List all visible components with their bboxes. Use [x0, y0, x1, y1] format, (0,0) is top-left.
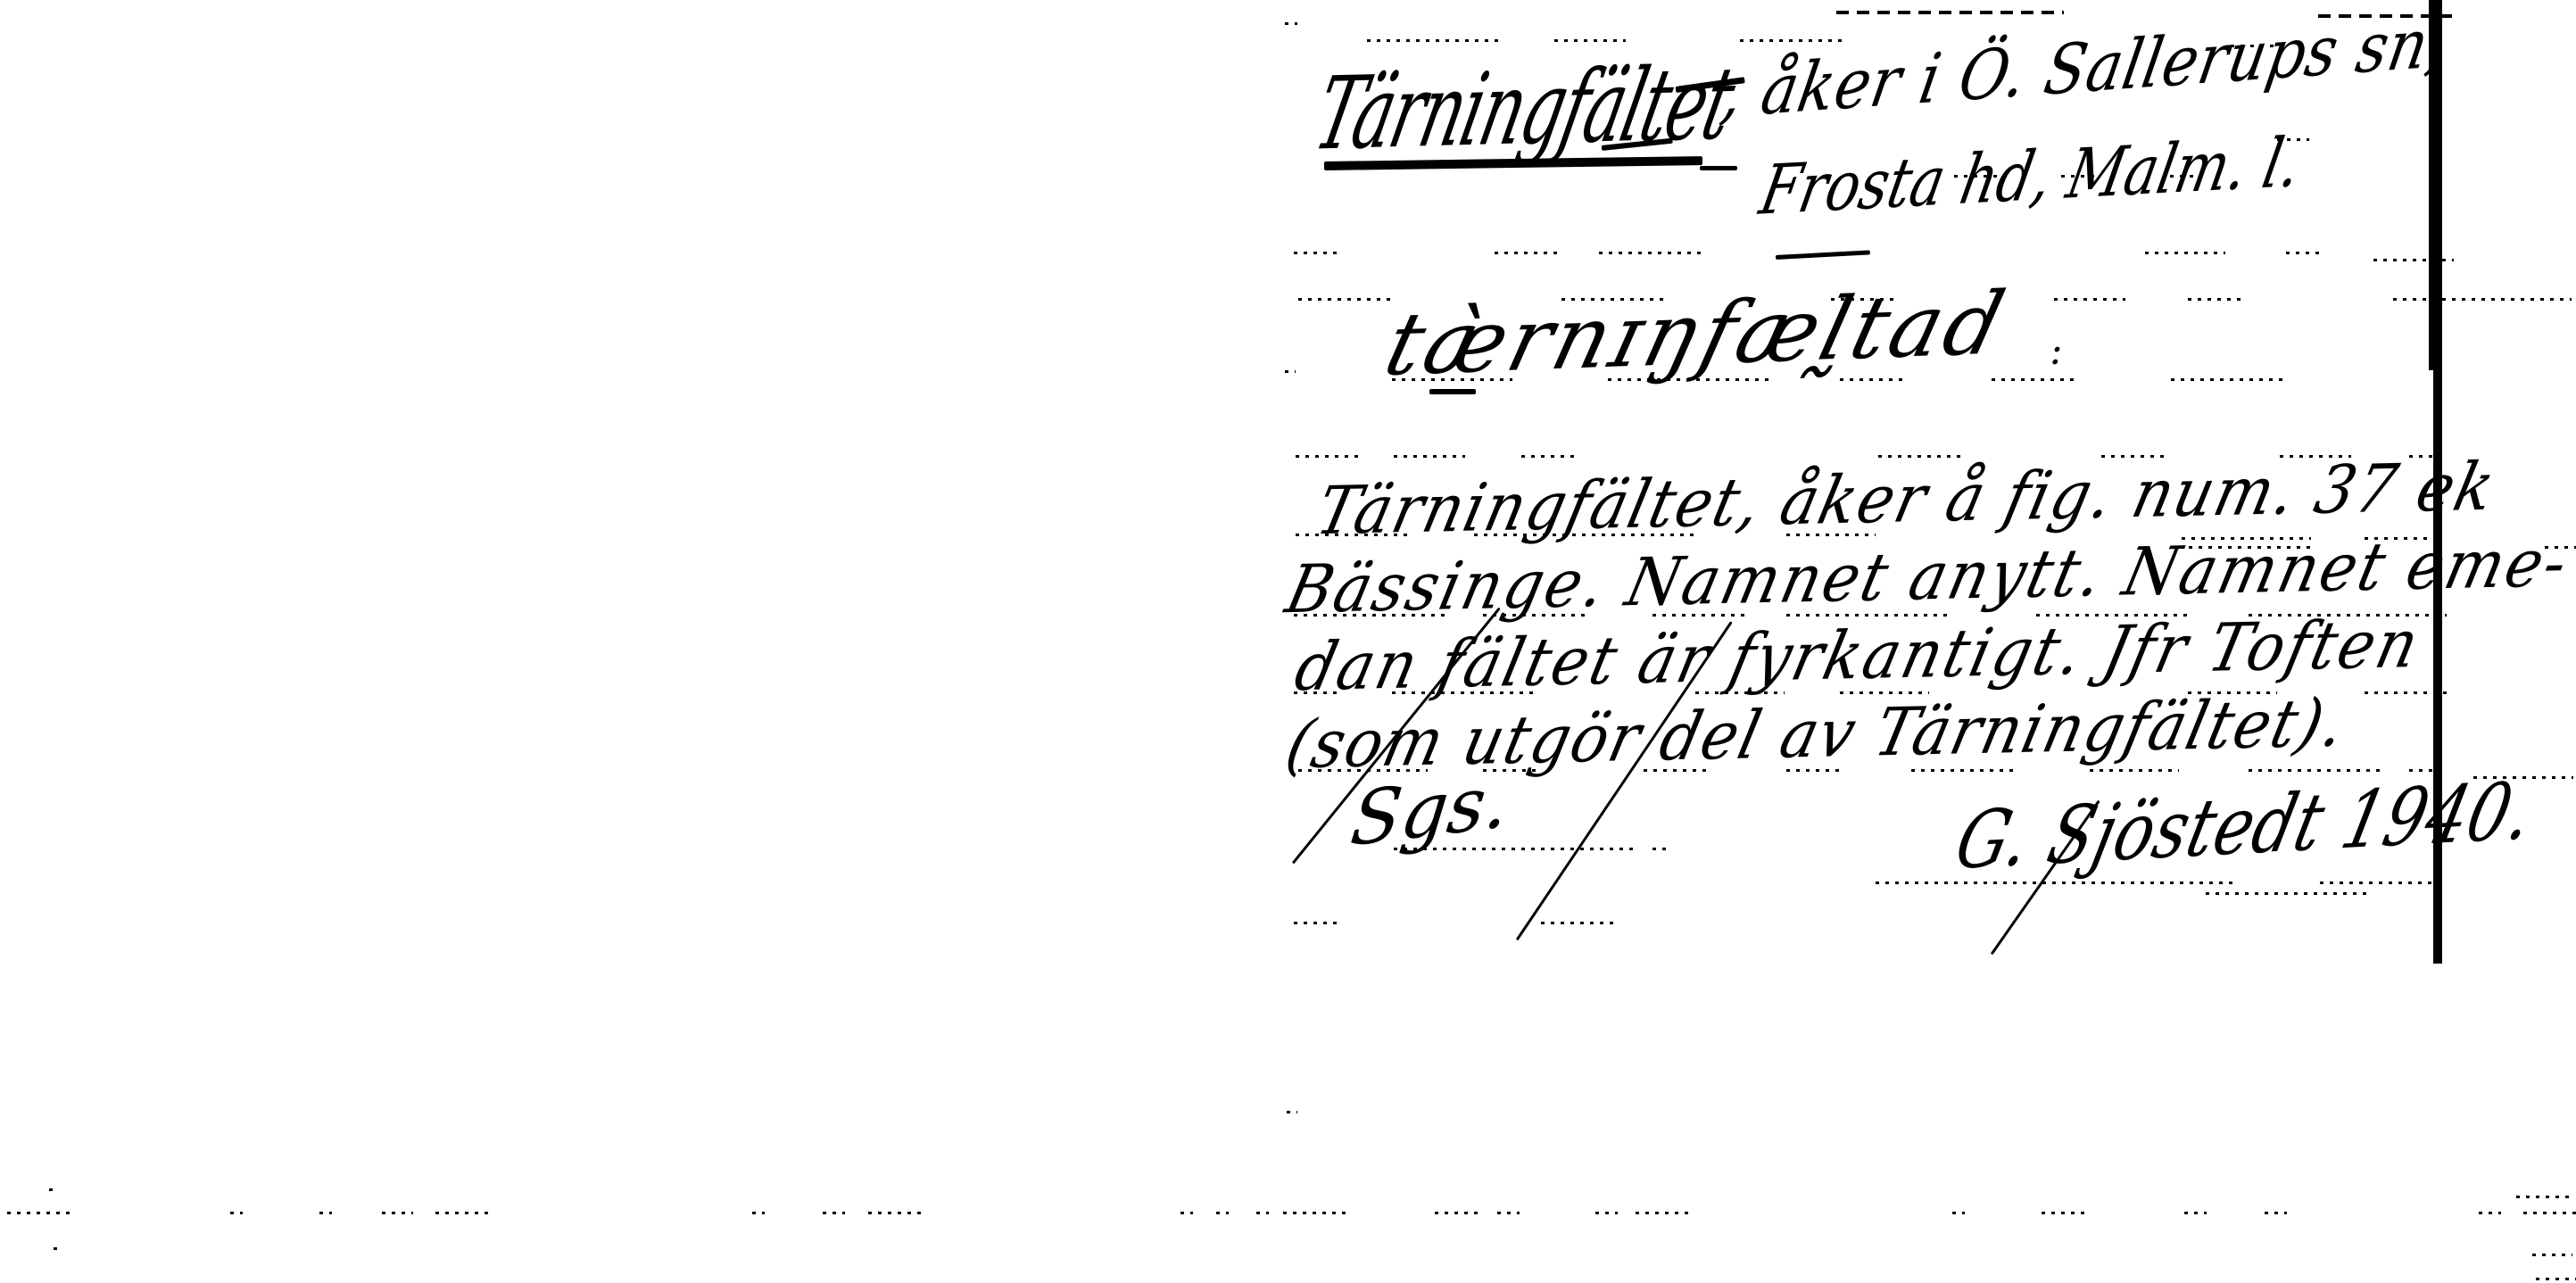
ruled-line-segment	[2320, 882, 2447, 884]
ruled-line-segment	[1294, 614, 1445, 617]
ruled-line-segment	[1911, 769, 2018, 772]
phonetic-mark: :	[2049, 331, 2063, 370]
ruled-line-segment	[1285, 22, 1297, 25]
ruled-line-segment	[1878, 455, 1963, 458]
ruled-line-segment	[1392, 378, 1512, 381]
ruled-line-segment	[230, 1212, 243, 1214]
district-underline	[1776, 250, 1870, 260]
heading-district: Frosta hd, Malm. l.	[1755, 128, 2307, 224]
ruled-line-segment	[2473, 776, 2573, 779]
ruled-line-segment	[1394, 455, 1465, 458]
ruled-line-segment	[1497, 1212, 1520, 1214]
ruled-line-segment	[1474, 534, 1697, 536]
ruled-line-segment	[1296, 534, 1407, 536]
ruled-line-segment	[2365, 691, 2449, 694]
ruled-line-segment	[1394, 848, 1635, 850]
ruled-line-segment	[1256, 1212, 1269, 1214]
ruled-line-segment	[1652, 848, 1670, 850]
ruled-line-segment	[1392, 691, 1539, 694]
ruled-line-segment	[1695, 691, 1785, 694]
ruled-line-segment	[2101, 455, 2164, 458]
ruled-line-segment	[1595, 1212, 1618, 1214]
ruled-line-segment	[2373, 259, 2454, 261]
ruled-line-segment	[2171, 378, 2287, 381]
ruled-line-segment	[1599, 252, 1702, 254]
ruled-line-segment	[54, 1247, 62, 1250]
ruled-line-segment	[2265, 1212, 2287, 1214]
body-line-4: (som utgör del av Tärningfältet).	[1280, 690, 2352, 778]
ruled-line-segment	[1294, 922, 1343, 924]
ruled-line-segment	[1876, 882, 2232, 884]
ruled-line-segment	[435, 1212, 493, 1214]
ruled-line-segment	[2145, 252, 2225, 254]
ruled-line-segment	[1786, 614, 1947, 617]
heading-underline-tail	[1700, 166, 1737, 170]
phonetic-underline-mark	[1429, 389, 1476, 394]
ruled-line-segment	[1298, 298, 1396, 301]
ruled-line-segment	[2054, 298, 2125, 301]
ruled-line-segment	[1786, 769, 1840, 772]
ruled-line-segment	[2532, 1254, 2572, 1256]
ruled-line-segment	[1840, 691, 1929, 694]
ruled-line-segment	[2318, 14, 2452, 18]
ruled-line-segment	[1644, 769, 1706, 772]
ruled-line-segment	[1435, 1212, 1484, 1214]
place-name-heading: Tärningfältet	[1307, 54, 1741, 165]
ruled-line-segment	[2393, 298, 2572, 301]
ruled-line-segment	[1992, 378, 2076, 381]
ruled-line-segment	[1294, 252, 1340, 254]
ruled-line-segment	[1652, 614, 1751, 617]
ruled-line-segment	[2409, 769, 2447, 772]
ruled-line-segment	[2170, 175, 2193, 178]
ruled-line-segment	[2365, 537, 2427, 540]
recorder-signature: G. Sjöstedt 1940.	[1949, 771, 2540, 881]
ruled-line-segment	[1283, 1212, 1350, 1214]
ruled-line-segment	[2179, 546, 2313, 549]
ruled-line-segment	[49, 1188, 58, 1191]
ruled-line-segment	[1840, 378, 1902, 381]
ruled-line-segment	[1483, 769, 1536, 772]
ruled-line-segment	[1216, 1212, 1229, 1214]
ruled-line-segment	[319, 1212, 332, 1214]
ruled-line-segment	[2516, 1196, 2570, 1198]
ruled-line-segment	[1521, 455, 1575, 458]
ruled-line-segment	[1954, 175, 2008, 178]
ruled-line-segment	[2206, 892, 2371, 895]
ruled-line-segment	[1495, 252, 1557, 254]
ruled-line-segment	[1367, 39, 1501, 42]
ruled-line-segment	[2042, 1212, 2091, 1214]
ruled-line-segment	[1287, 1111, 1297, 1113]
ruled-line-segment	[2523, 1212, 2576, 1214]
ruled-line-segment	[2182, 537, 2311, 540]
ruled-line-segment	[1298, 769, 1428, 772]
ruled-line-segment	[2277, 138, 2309, 141]
scanned-archive-card: Tärningfältet , åker i Ö. Sallerups sn, …	[0, 0, 2576, 1283]
ruled-line-segment	[1180, 1212, 1193, 1214]
ruled-line-segment	[1296, 455, 1358, 458]
ruled-line-segment	[1541, 922, 1617, 924]
ruled-line-segment	[1836, 11, 2064, 14]
ruled-line-segment	[1740, 39, 1843, 42]
ruled-line-segment	[1786, 534, 1876, 536]
ruled-line-segment	[2188, 298, 2241, 301]
ruled-line-segment	[2061, 175, 2097, 178]
phonetic-transcription: tæ̀rnɪŋfæl̰tad	[1378, 280, 2016, 388]
ruled-line-segment	[1285, 370, 1296, 373]
ruled-line-segment	[2036, 614, 2188, 617]
ruled-line-segment	[7, 1212, 70, 1214]
ruled-line-segment	[2409, 455, 2440, 458]
ruled-line-segment	[2249, 769, 2382, 772]
ruled-line-segment	[868, 1212, 922, 1214]
ruled-line-segment	[2545, 546, 2576, 549]
ruled-line-segment	[2184, 1212, 2207, 1214]
ruled-line-segment	[1952, 1212, 1965, 1214]
ruled-line-segment	[1554, 39, 1626, 42]
ruled-line-segment	[752, 1212, 765, 1214]
ruled-line-segment	[2479, 1212, 2501, 1214]
ruled-line-segment	[1636, 1212, 1694, 1214]
ruled-line-segment	[1831, 298, 1898, 301]
ruled-line-segment	[823, 1212, 845, 1214]
ruled-line-segment	[382, 1212, 413, 1214]
heading-locality: , åker i Ö. Sallerups sn,	[1717, 8, 2454, 128]
ruled-line-segment	[2536, 1278, 2576, 1280]
ruled-line-segment	[1294, 691, 1343, 694]
source-abbreviation: Sgs.	[1347, 764, 1513, 857]
ruled-line-segment	[2286, 252, 2322, 254]
ruled-line-segment	[1483, 614, 1590, 617]
ruled-line-segment	[2090, 769, 2179, 772]
ruled-line-segment	[2188, 691, 2277, 694]
ruled-line-segment	[2249, 614, 2447, 617]
ruled-line-segment	[1608, 378, 1768, 381]
ruled-line-segment	[2231, 45, 2284, 47]
ruled-line-segment	[2280, 455, 2351, 458]
ruled-line-segment	[1561, 298, 1664, 301]
